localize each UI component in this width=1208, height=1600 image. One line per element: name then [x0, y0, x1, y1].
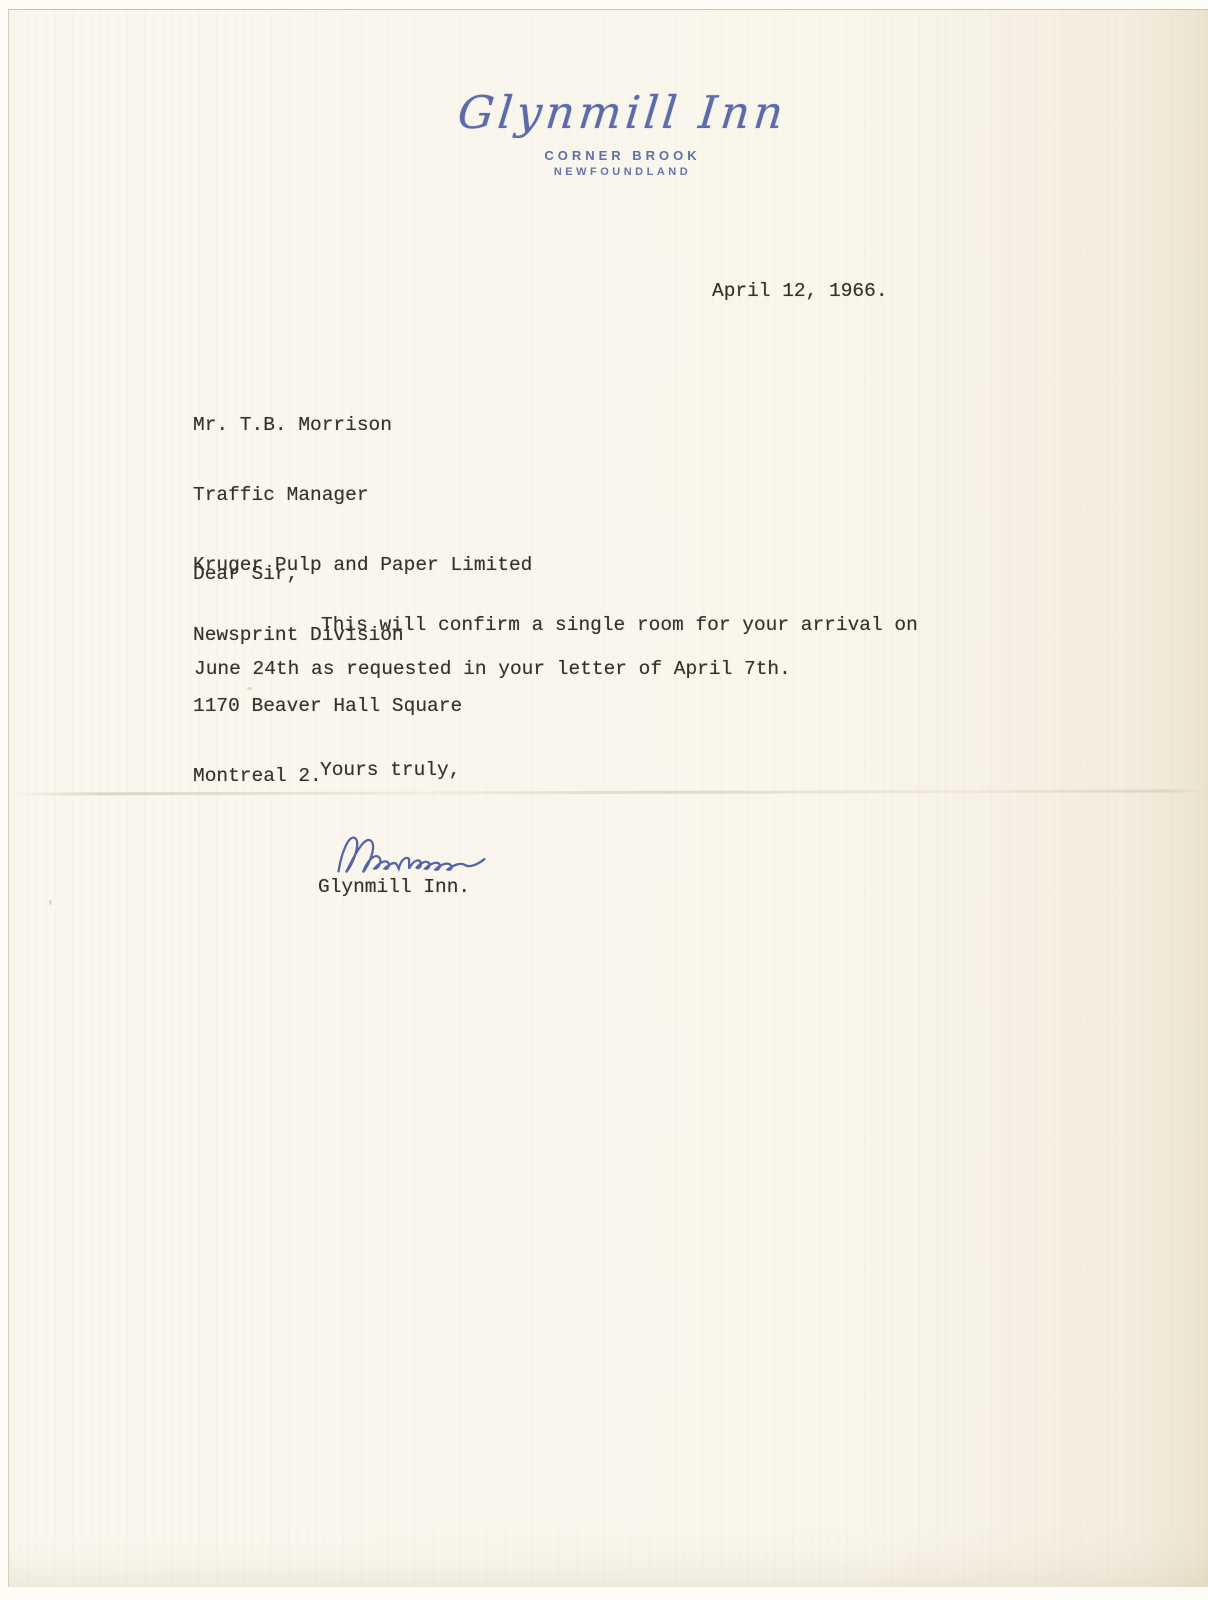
- paper-speck: [49, 900, 52, 905]
- body-line-1: This will confirm a single room for your…: [321, 614, 918, 637]
- scanned-letter: Glynmill Inn CORNER BROOK NEWFOUNDLAND A…: [0, 0, 1208, 1600]
- salutation: Dear Sir,: [193, 563, 298, 586]
- letterhead-inn-name: Glynmill Inn: [20, 86, 1208, 139]
- letterhead-city: CORNER BROOK: [23, 148, 1208, 163]
- sender-name: Glynmill Inn.: [318, 876, 470, 899]
- recipient-street: 1170 Beaver Hall Square: [193, 695, 532, 718]
- paper-fold-crease: [9, 789, 1208, 795]
- letter-paper: Glynmill Inn CORNER BROOK NEWFOUNDLAND A…: [8, 9, 1208, 1587]
- handwritten-signature: [331, 828, 491, 880]
- recipient-name: Mr. T.B. Morrison: [193, 414, 532, 437]
- letterhead-province: NEWFOUNDLAND: [23, 166, 1208, 178]
- letter-date: April 12, 1966.: [712, 280, 888, 303]
- body-line-2: June 24th as requested in your letter of…: [194, 658, 791, 681]
- letterhead: Glynmill Inn CORNER BROOK NEWFOUNDLAND: [9, 86, 1208, 178]
- paper-speck: [247, 687, 252, 690]
- recipient-title: Traffic Manager: [193, 484, 532, 507]
- closing: Yours truly,: [320, 759, 460, 782]
